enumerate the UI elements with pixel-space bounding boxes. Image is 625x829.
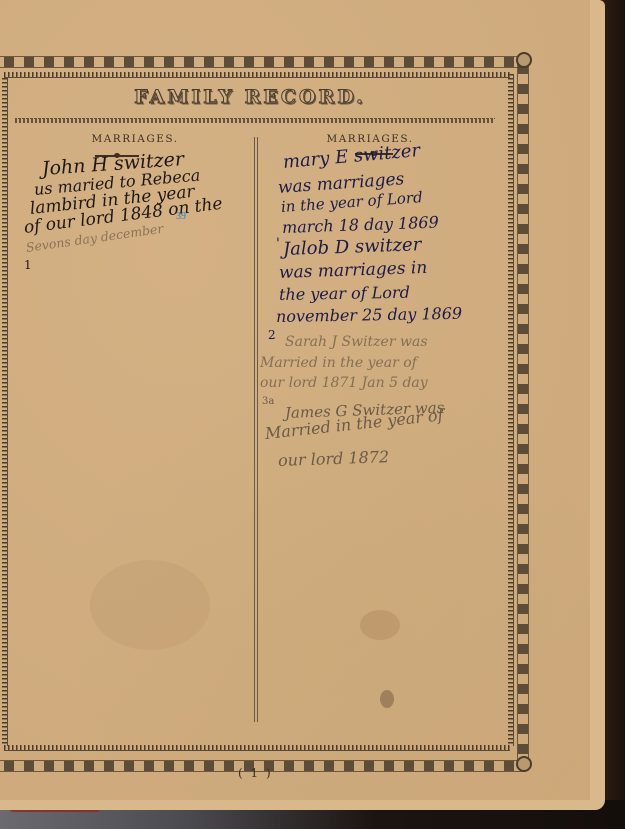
entry-line: our lord 1872 <box>278 447 390 470</box>
stain <box>360 610 400 640</box>
margin-mark: 1 <box>24 258 32 272</box>
entry-line: Sarah J Switzer was <box>285 334 428 350</box>
inner-frame-bottom <box>4 745 510 751</box>
right-chain-border <box>517 60 529 762</box>
stain <box>380 690 394 708</box>
blue-annotation: 39 <box>176 211 186 222</box>
column-divider <box>254 137 258 722</box>
corner-rosette <box>516 52 532 68</box>
entry-line: Jalob D switzer <box>283 234 422 260</box>
corner-rosette <box>516 756 532 772</box>
entry-line: our lord 1871 Jan 5 day <box>260 375 428 391</box>
top-chain-border <box>0 56 522 68</box>
inner-frame-left <box>2 78 8 746</box>
book-page: FAMILY RECORD. MARRIAGES. John H switzer… <box>0 0 590 800</box>
entry-line: the year of Lord <box>279 283 410 304</box>
inner-frame-right <box>508 74 514 746</box>
margin-mark: 2 <box>268 328 276 342</box>
page-number: ( 1 ) <box>238 766 273 780</box>
entry-line: march 18 day 1869 <box>282 213 439 237</box>
stain <box>90 560 210 650</box>
margin-mark: 3a <box>262 396 274 407</box>
entry-line: was marriages in <box>279 258 428 283</box>
title-rule <box>15 118 495 123</box>
column-heading-left: MARRIAGES. <box>60 133 210 145</box>
column-heading-right: MARRIAGES. <box>295 133 445 145</box>
inner-frame-top <box>4 72 510 78</box>
page-title: FAMILY RECORD. <box>0 86 500 108</box>
entry-line: november 25 day 1869 <box>276 304 462 326</box>
margin-mark: ' <box>276 236 280 252</box>
entry-line: Married in the year of <box>260 355 417 371</box>
